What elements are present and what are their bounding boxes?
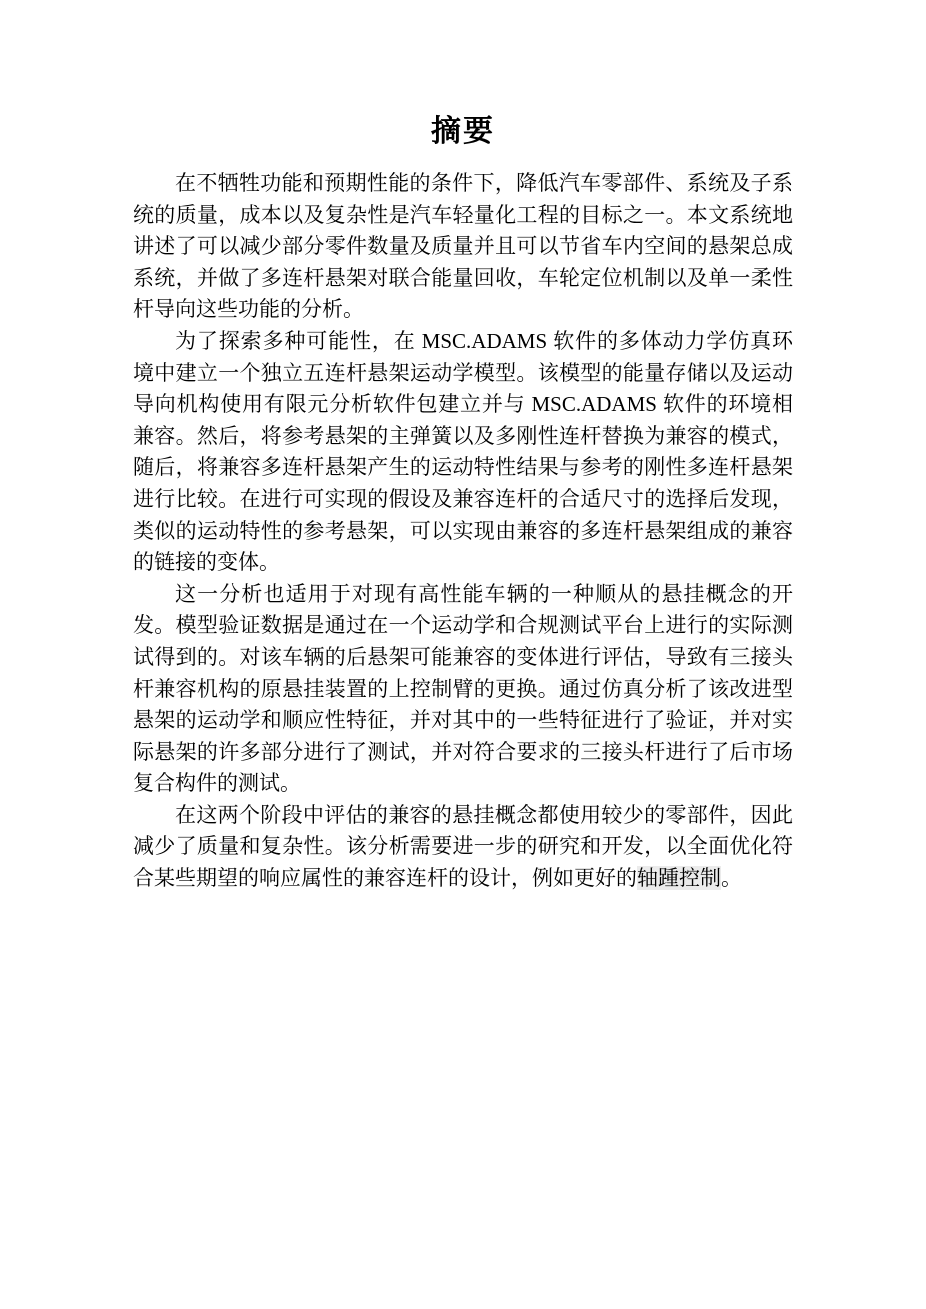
document-page: 摘要 在不牺牲功能和预期性能的条件下，降低汽车零部件、系统及子系统的质量，成本以… <box>0 0 926 1309</box>
abstract-paragraph-2: 为了探索多种可能性，在 MSC.ADAMS 软件的多体动力学仿真环境中建立一个独… <box>133 326 793 579</box>
abstract-paragraph-4: 在这两个阶段中评估的兼容的悬挂概念都使用较少的零部件，因此减少了质量和复杂性。该… <box>133 800 793 895</box>
abstract-paragraph-3: 这一分析也适用于对现有高性能车辆的一种顺从的悬挂概念的开发。模型验证数据是通过在… <box>133 579 793 800</box>
abstract-paragraph-1: 在不牺牲功能和预期性能的条件下，降低汽车零部件、系统及子系统的质量，成本以及复杂… <box>133 168 793 326</box>
page-title: 摘要 <box>133 110 793 154</box>
paragraph-text: 。 <box>721 866 742 890</box>
grammar-check-highlight: 轴踵控制 <box>637 866 721 890</box>
